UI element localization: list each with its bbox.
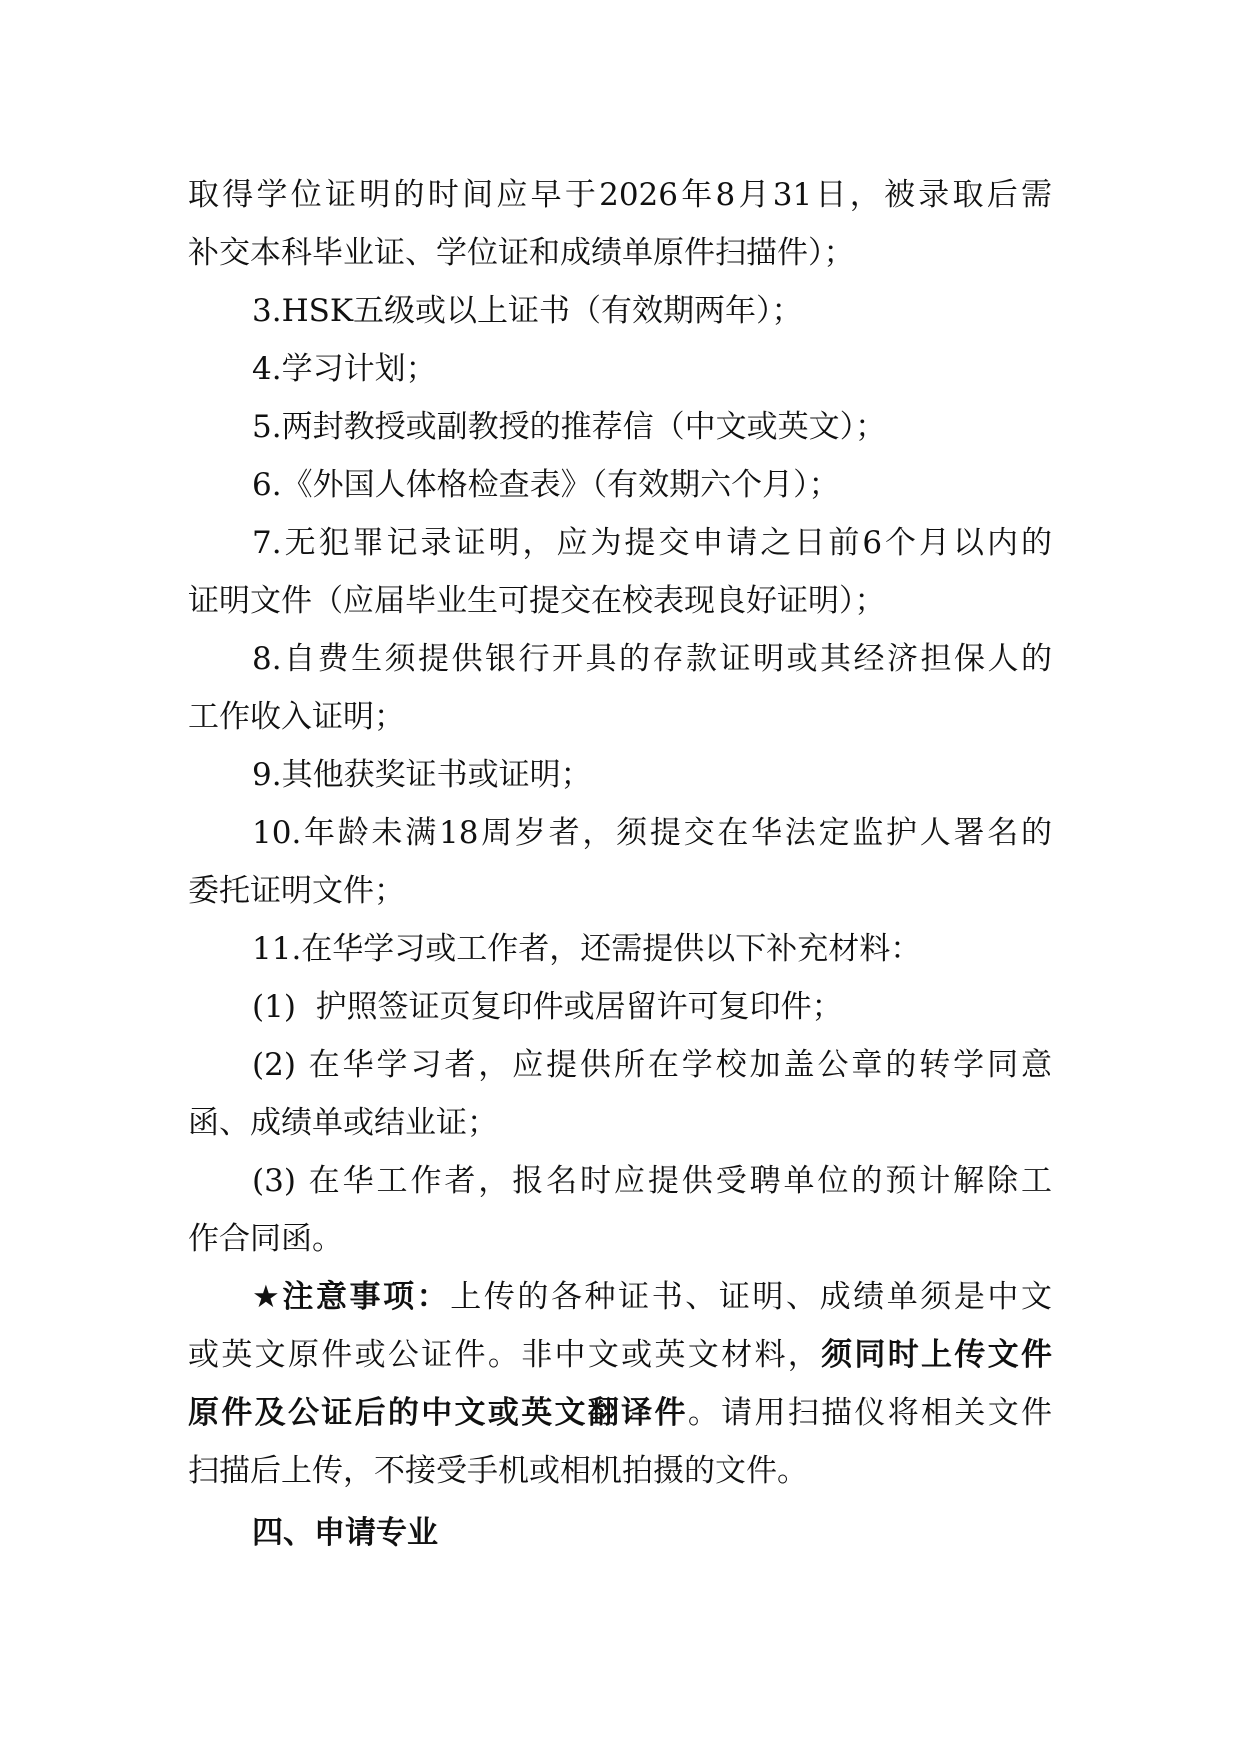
document-page: 取得学位证明的时间应早于2026年8月31日，被录取后需 补交本科毕业证、学位证…	[188, 166, 1052, 1562]
notice-line-1: ★注意事项：上传的各种证书、证明、成绩单须是中文	[188, 1268, 1052, 1326]
list-item-11: 11.在华学习或工作者，还需提供以下补充材料：	[188, 920, 1052, 978]
notice-line-2: 或英文原件或公证件。非中文或英文材料，须同时上传文件	[188, 1326, 1052, 1384]
notice-text: 或英文原件或公证件。非中文或英文材料，	[188, 1337, 821, 1373]
list-item-5: 5.两封教授或副教授的推荐信（中文或英文）；	[188, 398, 1052, 456]
notice-text: 。请用扫描仪将相关文件	[688, 1395, 1052, 1431]
list-item-4: 4.学习计划；	[188, 340, 1052, 398]
list-item-9: 9.其他获奖证书或证明；	[188, 746, 1052, 804]
notice-emphasis: 原件及公证后的中文或英文翻译件	[188, 1395, 688, 1431]
sub-item-2: (2) 在华学习者，应提供所在学校加盖公章的转学同意	[188, 1036, 1052, 1094]
sub-item-3-cont: 作合同函。	[188, 1210, 1052, 1268]
notice-emphasis: 须同时上传文件	[821, 1337, 1052, 1373]
notice-text: 上传的各种证书、证明、成绩单须是中文	[450, 1279, 1052, 1315]
notice-label: 注意事项：	[282, 1279, 450, 1315]
list-item-8: 8.自费生须提供银行开具的存款证明或其经济担保人的	[188, 630, 1052, 688]
sub-item-3: (3) 在华工作者，报名时应提供受聘单位的预计解除工	[188, 1152, 1052, 1210]
list-item-10-cont: 委托证明文件；	[188, 862, 1052, 920]
list-item-10: 10.年龄未满18周岁者，须提交在华法定监护人署名的	[188, 804, 1052, 862]
list-item-7-cont: 证明文件（应届毕业生可提交在校表现良好证明）；	[188, 572, 1052, 630]
notice-line-3: 原件及公证后的中文或英文翻译件。请用扫描仪将相关文件	[188, 1384, 1052, 1442]
list-item-8-cont: 工作收入证明；	[188, 688, 1052, 746]
list-item-7: 7.无犯罪记录证明，应为提交申请之日前6个月以内的	[188, 514, 1052, 572]
sub-item-1: (1) 护照签证页复印件或居留许可复印件；	[188, 978, 1052, 1036]
paragraph-line: 补交本科毕业证、学位证和成绩单原件扫描件）；	[188, 224, 1052, 282]
list-item-3: 3.HSK五级或以上证书（有效期两年）；	[188, 282, 1052, 340]
star-icon: ★	[252, 1279, 282, 1315]
section-heading: 四、申请专业	[188, 1504, 1052, 1562]
list-item-6: 6.《外国人体格检查表》（有效期六个月）；	[188, 456, 1052, 514]
sub-item-2-cont: 函、成绩单或结业证；	[188, 1094, 1052, 1152]
notice-line-4: 扫描后上传，不接受手机或相机拍摄的文件。	[188, 1442, 1052, 1500]
paragraph-line: 取得学位证明的时间应早于2026年8月31日，被录取后需	[188, 166, 1052, 224]
